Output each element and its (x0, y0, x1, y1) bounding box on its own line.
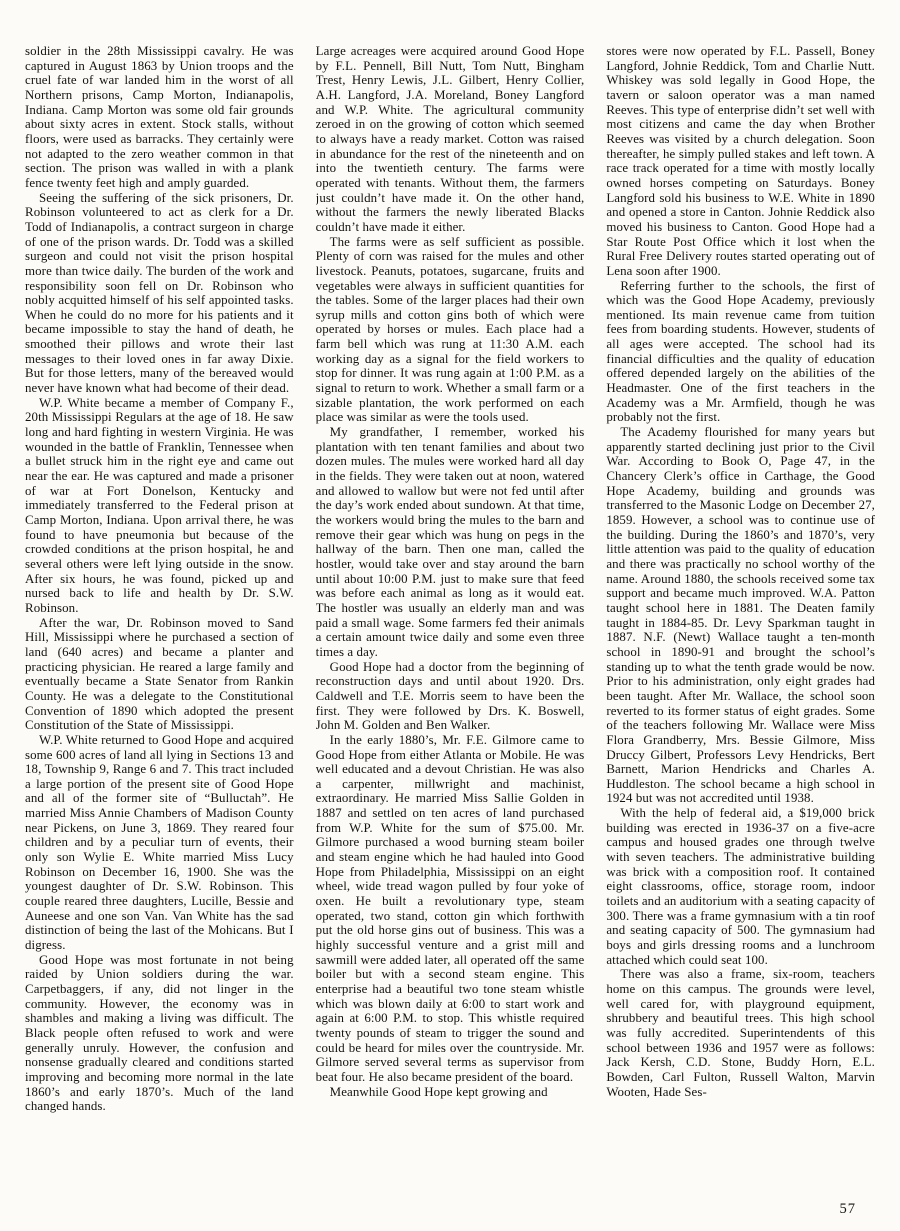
paragraph: stores were now operated by F.L. Passell… (606, 44, 875, 279)
text-column-1: soldier in the 28th Mississippi cavalry.… (25, 44, 294, 1200)
paragraph: The farms were as self sufficient as pos… (316, 235, 585, 426)
paragraph: With the help of federal aid, a $19,000 … (606, 806, 875, 967)
paragraph: There was also a frame, six-room, teache… (606, 967, 875, 1099)
paragraph: Meanwhile Good Hope kept growing and (316, 1085, 585, 1100)
paragraph: Good Hope had a doctor from the beginnin… (316, 660, 585, 733)
paragraph: The Academy flourished for many years bu… (606, 425, 875, 806)
paragraph: After the war, Dr. Robinson moved to San… (25, 616, 294, 733)
paragraph: W.P. White became a member of Company F.… (25, 396, 294, 616)
paragraph: Large acreages were acquired around Good… (316, 44, 585, 235)
paragraph: In the early 1880’s, Mr. F.E. Gilmore ca… (316, 733, 585, 1085)
book-page: soldier in the 28th Mississippi cavalry.… (0, 0, 900, 1231)
text-columns: soldier in the 28th Mississippi cavalry.… (25, 44, 875, 1200)
paragraph: soldier in the 28th Mississippi cavalry.… (25, 44, 294, 191)
paragraph: W.P. White returned to Good Hope and acq… (25, 733, 294, 953)
paragraph: My grandfather, I remember, worked his p… (316, 425, 585, 660)
page-number: 57 (840, 1201, 857, 1218)
paragraph: Referring further to the schools, the fi… (606, 279, 875, 426)
text-column-3: stores were now operated by F.L. Passell… (606, 44, 875, 1200)
paragraph: Seeing the suffering of the sick prisone… (25, 191, 294, 396)
paragraph: Good Hope was most fortunate in not bein… (25, 953, 294, 1114)
text-column-2: Large acreages were acquired around Good… (316, 44, 585, 1200)
